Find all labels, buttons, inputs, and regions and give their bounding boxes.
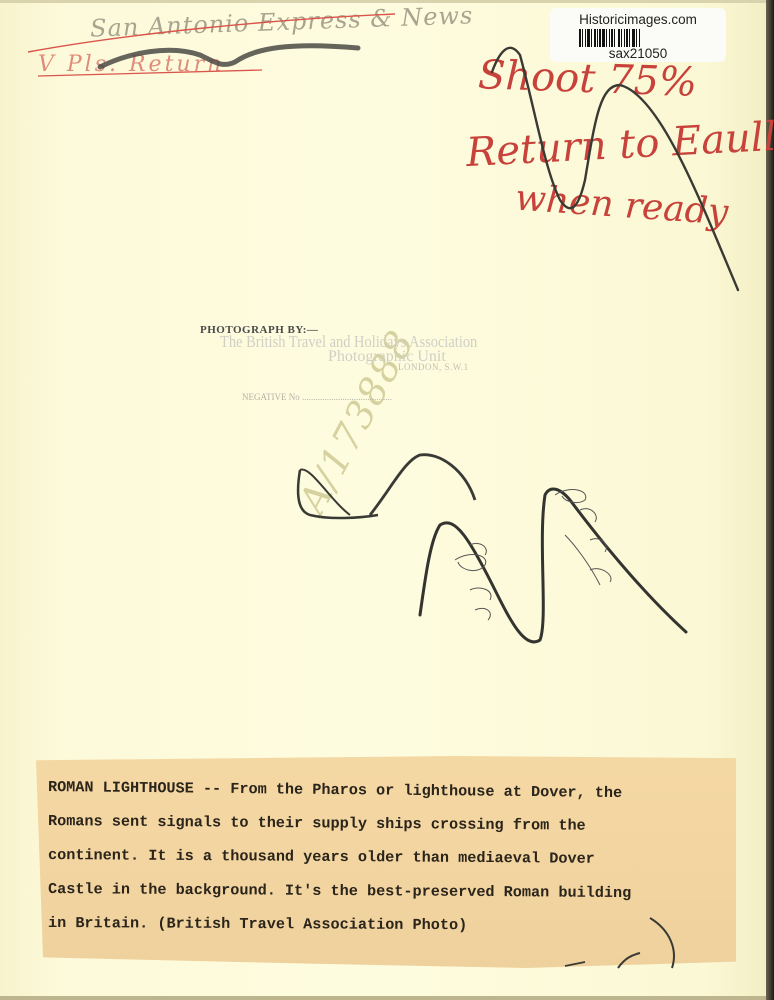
grease-pencil-marks: [0, 0, 774, 1000]
